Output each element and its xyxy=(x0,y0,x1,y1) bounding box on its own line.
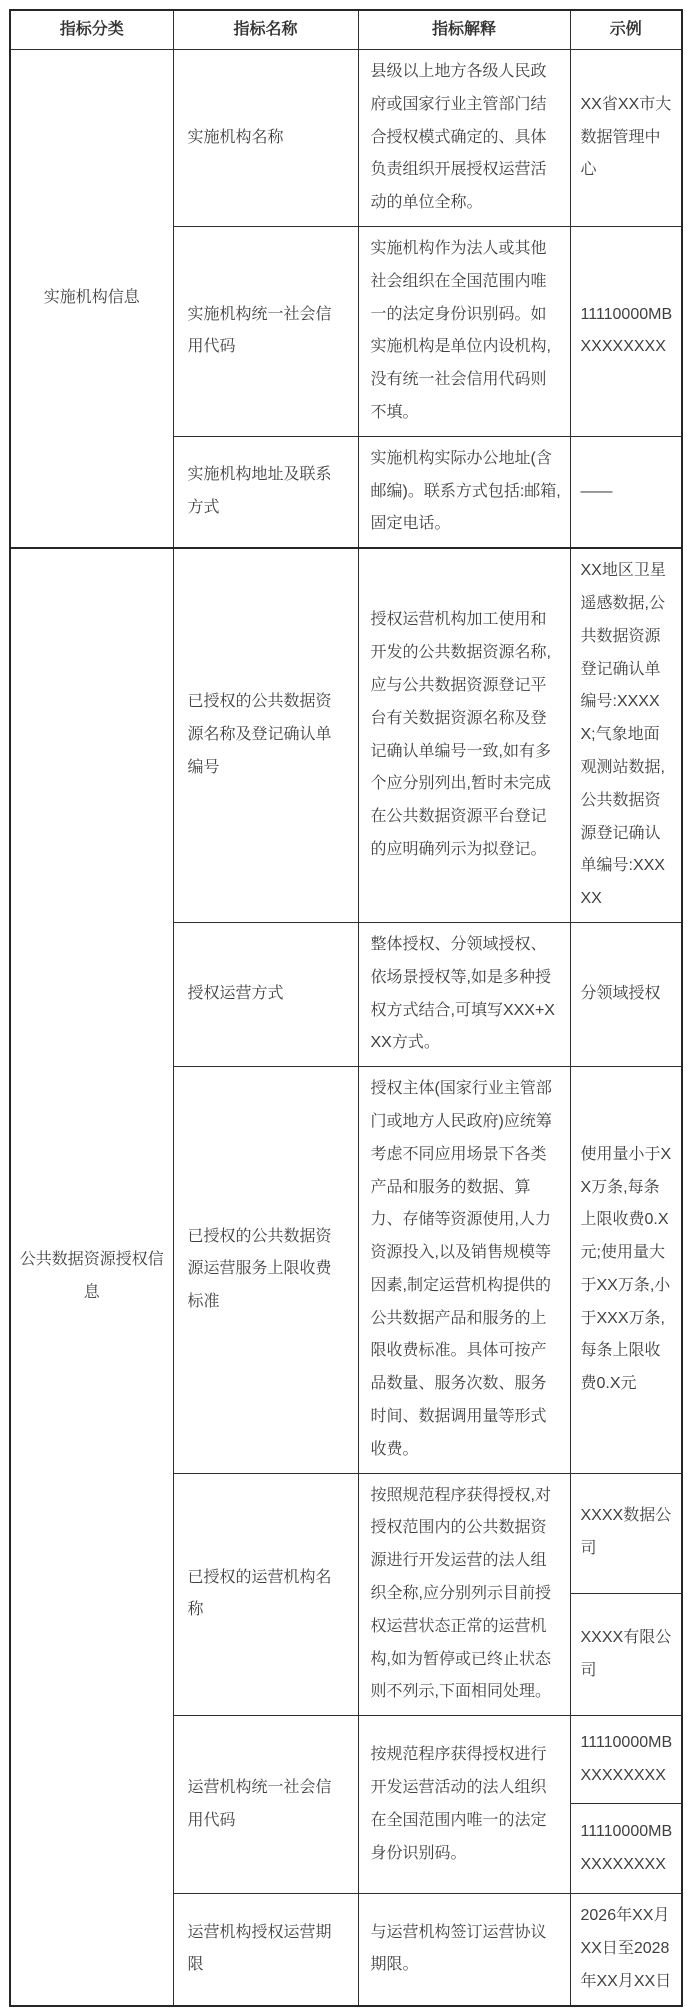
example-cell: XXXX有限公司 xyxy=(570,1593,682,1716)
indicator-name-cell: 实施机构统一社会信用代码 xyxy=(173,226,358,436)
indicator-explanation-cell: 按照规范程序获得授权,对授权范围内的公共数据资源进行开发运营的法人组织全称,应分… xyxy=(358,1473,570,1716)
header-cell-explanation: 指标解释 xyxy=(358,10,570,50)
example-cell: 11110000MBXXXXXXXX xyxy=(570,1716,682,1804)
indicator-explanation-cell: 实施机构作为法人或其他社会组织在全国范围内唯一的法定身份识别码。如实施机构是单位… xyxy=(358,226,570,436)
example-cell: 11110000MBXXXXXXXX xyxy=(570,226,682,436)
indicator-name-cell: 实施机构名称 xyxy=(173,50,358,227)
indicator-name-cell: 授权运营方式 xyxy=(173,922,358,1066)
indicator-explanation-cell: 按规范程序获得授权进行开发运营活动的法人组织在全国范围内唯一的法定身份识别码。 xyxy=(358,1716,570,1894)
category-cell-public-data-authorization: 公共数据资源授权信息 xyxy=(10,548,173,2005)
header-cell-category: 指标分类 xyxy=(10,10,173,50)
document-page: 指标分类 指标名称 指标解释 示例 实施机构信息 实施机构名称 县级以上地方各级… xyxy=(0,0,690,2016)
example-cell: 2026年XX月XX日至2028年XX月XX日 xyxy=(570,1894,682,2006)
example-cell: —— xyxy=(570,436,682,548)
indicator-explanation-cell: 整体授权、分领域授权、依场景授权等,如是多种授权方式结合,可填写XXX+XXX方… xyxy=(358,922,570,1066)
table-row: 实施机构信息 实施机构名称 县级以上地方各级人民政府或国家行业主管部门结合授权模… xyxy=(10,50,682,227)
indicator-explanation-cell: 县级以上地方各级人民政府或国家行业主管部门结合授权模式确定的、具体负责组织开展授… xyxy=(358,50,570,227)
indicator-explanation-cell: 实施机构实际办公地址(含邮编)。联系方式包括:邮箱,固定电话。 xyxy=(358,436,570,548)
example-cell: XX省XX市大数据管理中心 xyxy=(570,50,682,227)
indicator-name-cell: 已授权的公共数据资源名称及登记确认单编号 xyxy=(173,548,358,922)
indicator-explanation-cell: 授权运营机构加工使用和开发的公共数据资源名称,应与公共数据资源登记平台有关数据资… xyxy=(358,548,570,922)
indicator-name-cell: 运营机构统一社会信用代码 xyxy=(173,1716,358,1894)
header-cell-name: 指标名称 xyxy=(173,10,358,50)
indicator-name-cell: 已授权的公共数据资源运营服务上限收费标准 xyxy=(173,1067,358,1474)
example-cell: 11110000MBXXXXXXXX xyxy=(570,1804,682,1894)
header-cell-example: 示例 xyxy=(570,10,682,50)
indicator-explanation-cell: 与运营机构签订运营协议期限。 xyxy=(358,1894,570,2006)
example-cell: XX地区卫星遥感数据,公共数据资源登记确认单编号:XXXXX;气象地面观测站数据… xyxy=(570,548,682,922)
indicator-name-cell: 已授权的运营机构名称 xyxy=(173,1473,358,1716)
example-cell: 分领域授权 xyxy=(570,922,682,1066)
example-cell: XXXX数据公司 xyxy=(570,1473,682,1593)
indicator-name-cell: 运营机构授权运营期限 xyxy=(173,1894,358,2006)
table-row: 公共数据资源授权信息 已授权的公共数据资源名称及登记确认单编号 授权运营机构加工… xyxy=(10,548,682,922)
indicator-explanation-cell: 授权主体(国家行业主管部门或地方人民政府)应统筹考虑不同应用场景下各类产品和服务… xyxy=(358,1067,570,1474)
table-header-row: 指标分类 指标名称 指标解释 示例 xyxy=(10,10,682,50)
example-cell: 使用量小于XX万条,每条上限收费0.X元;使用量大于XX万条,小于XXX万条,每… xyxy=(570,1067,682,1474)
indicator-spec-table: 指标分类 指标名称 指标解释 示例 实施机构信息 实施机构名称 县级以上地方各级… xyxy=(9,9,683,2007)
category-cell-implementing-org: 实施机构信息 xyxy=(10,50,173,549)
indicator-name-cell: 实施机构地址及联系方式 xyxy=(173,436,358,548)
